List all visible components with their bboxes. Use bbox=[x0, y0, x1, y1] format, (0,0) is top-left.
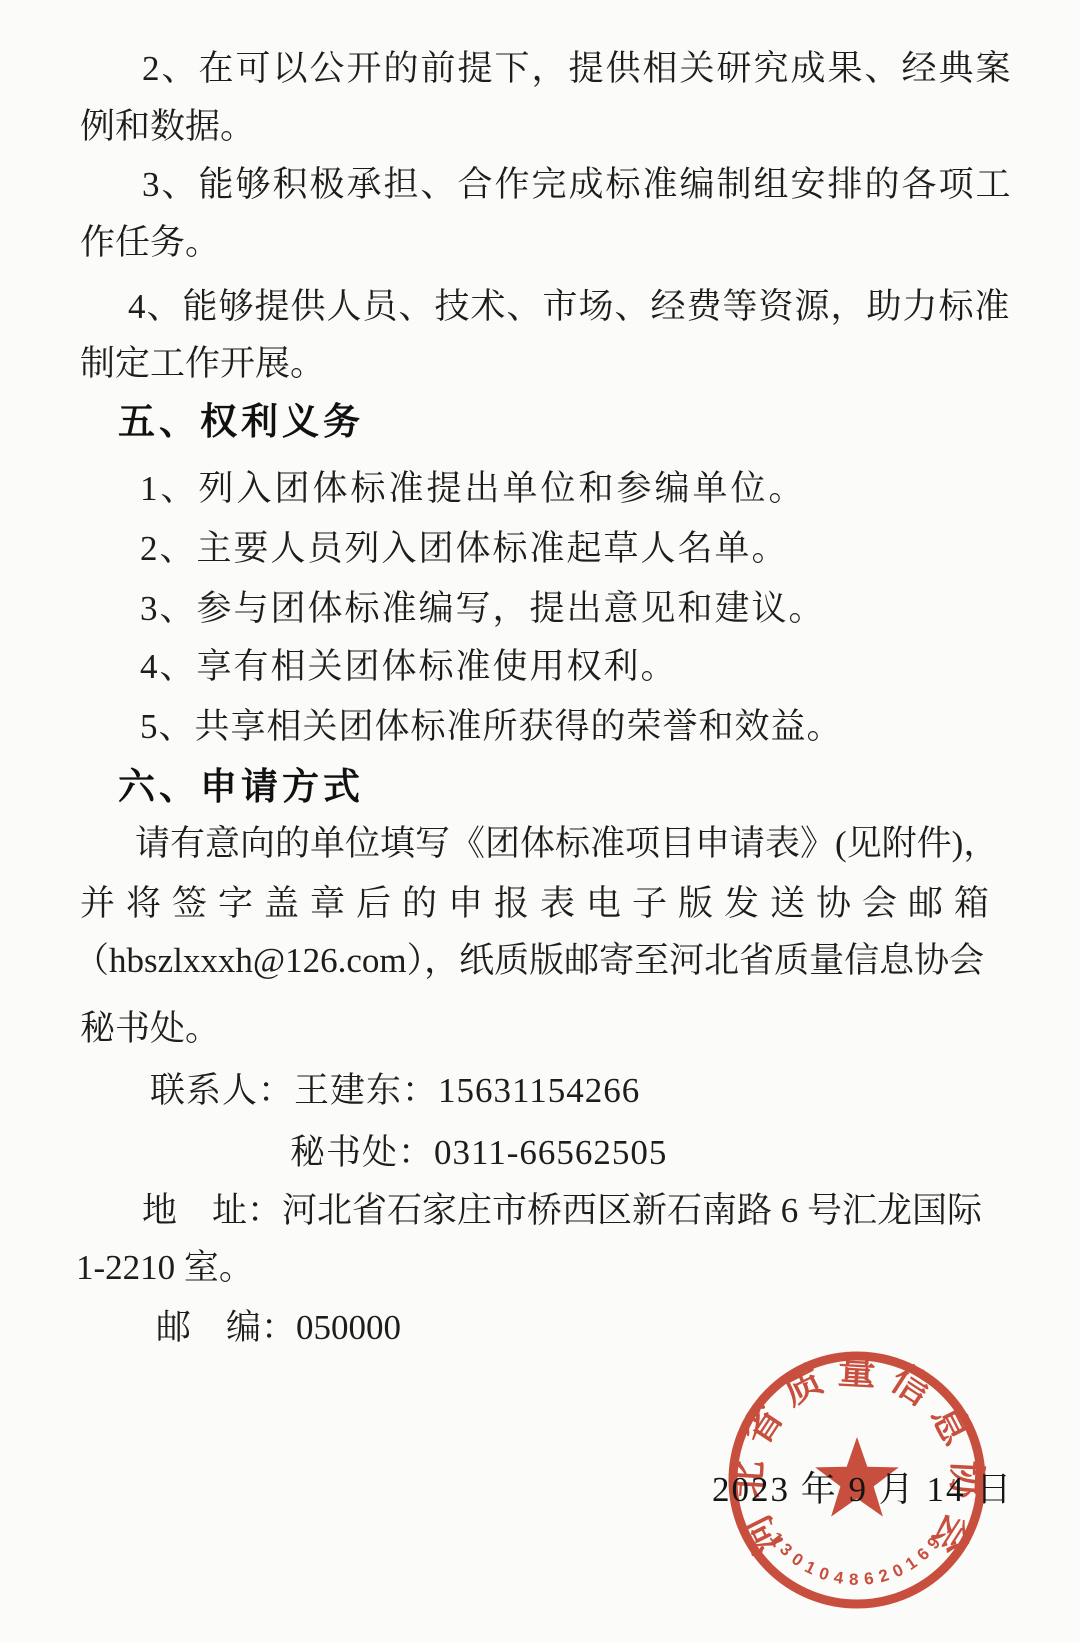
paragraph-line: 2、在可以公开的前提下，提供相关研究成果、经典案 bbox=[142, 48, 1013, 90]
address-line: 地 址：河北省石家庄市桥西区新石南路 6 号汇龙国际 bbox=[142, 1190, 982, 1232]
list-item: 2、主要人员列入团体标准起草人名单。 bbox=[140, 528, 789, 570]
paragraph-line-email: （hbszlxxxh@126.com），纸质版邮寄至河北省质量信息协会 bbox=[74, 940, 984, 982]
postcode-line: 邮 编：050000 bbox=[156, 1307, 401, 1349]
paragraph-line: 3、能够积极承担、合作完成标准编制组安排的各项工 bbox=[142, 164, 1013, 206]
section-heading-rights: 五、权利义务 bbox=[118, 400, 364, 444]
paragraph-line: 4、能够提供人员、技术、市场、经费等资源，助力标准 bbox=[128, 286, 1011, 328]
svg-text:1301048620169: 1301048620169 bbox=[766, 1529, 948, 1589]
paragraph-line: 例和数据。 bbox=[80, 106, 255, 148]
list-item: 1、列入团体标准提出单位和参编单位。 bbox=[140, 468, 807, 510]
paragraph-line: 请有意向的单位填写《团体标准项目申请表》(见附件)， bbox=[135, 823, 998, 865]
list-item: 4、享有相关团体标准使用权利。 bbox=[140, 646, 678, 688]
date-stamp: 2023 年 9 月 14 日 bbox=[712, 1462, 1013, 1512]
address-line-2: 1-2210 室。 bbox=[76, 1247, 254, 1289]
paragraph-line: 制定工作开展。 bbox=[80, 343, 325, 385]
paragraph-line: 作任务。 bbox=[80, 222, 220, 264]
paragraph-line: 秘书处。 bbox=[80, 1008, 220, 1050]
section-heading-apply: 六、申请方式 bbox=[118, 765, 364, 809]
seal-code-text: 1301048620169 bbox=[766, 1529, 948, 1589]
document-page: 2、在可以公开的前提下，提供相关研究成果、经典案 例和数据。 3、能够积极承担、… bbox=[0, 0, 1080, 1643]
list-item: 5、共享相关团体标准所获得的荣誉和效益。 bbox=[140, 706, 843, 748]
contact-person-line: 联系人：王建东：15631154266 bbox=[150, 1070, 640, 1112]
list-item: 3、参与团体标准编写，提出意见和建议。 bbox=[140, 588, 826, 630]
paragraph-line: 并将签字盖章后的申报表电子版发送协会邮箱 bbox=[80, 883, 1000, 925]
secretariat-phone-line: 秘书处：0311-66562505 bbox=[290, 1132, 667, 1174]
